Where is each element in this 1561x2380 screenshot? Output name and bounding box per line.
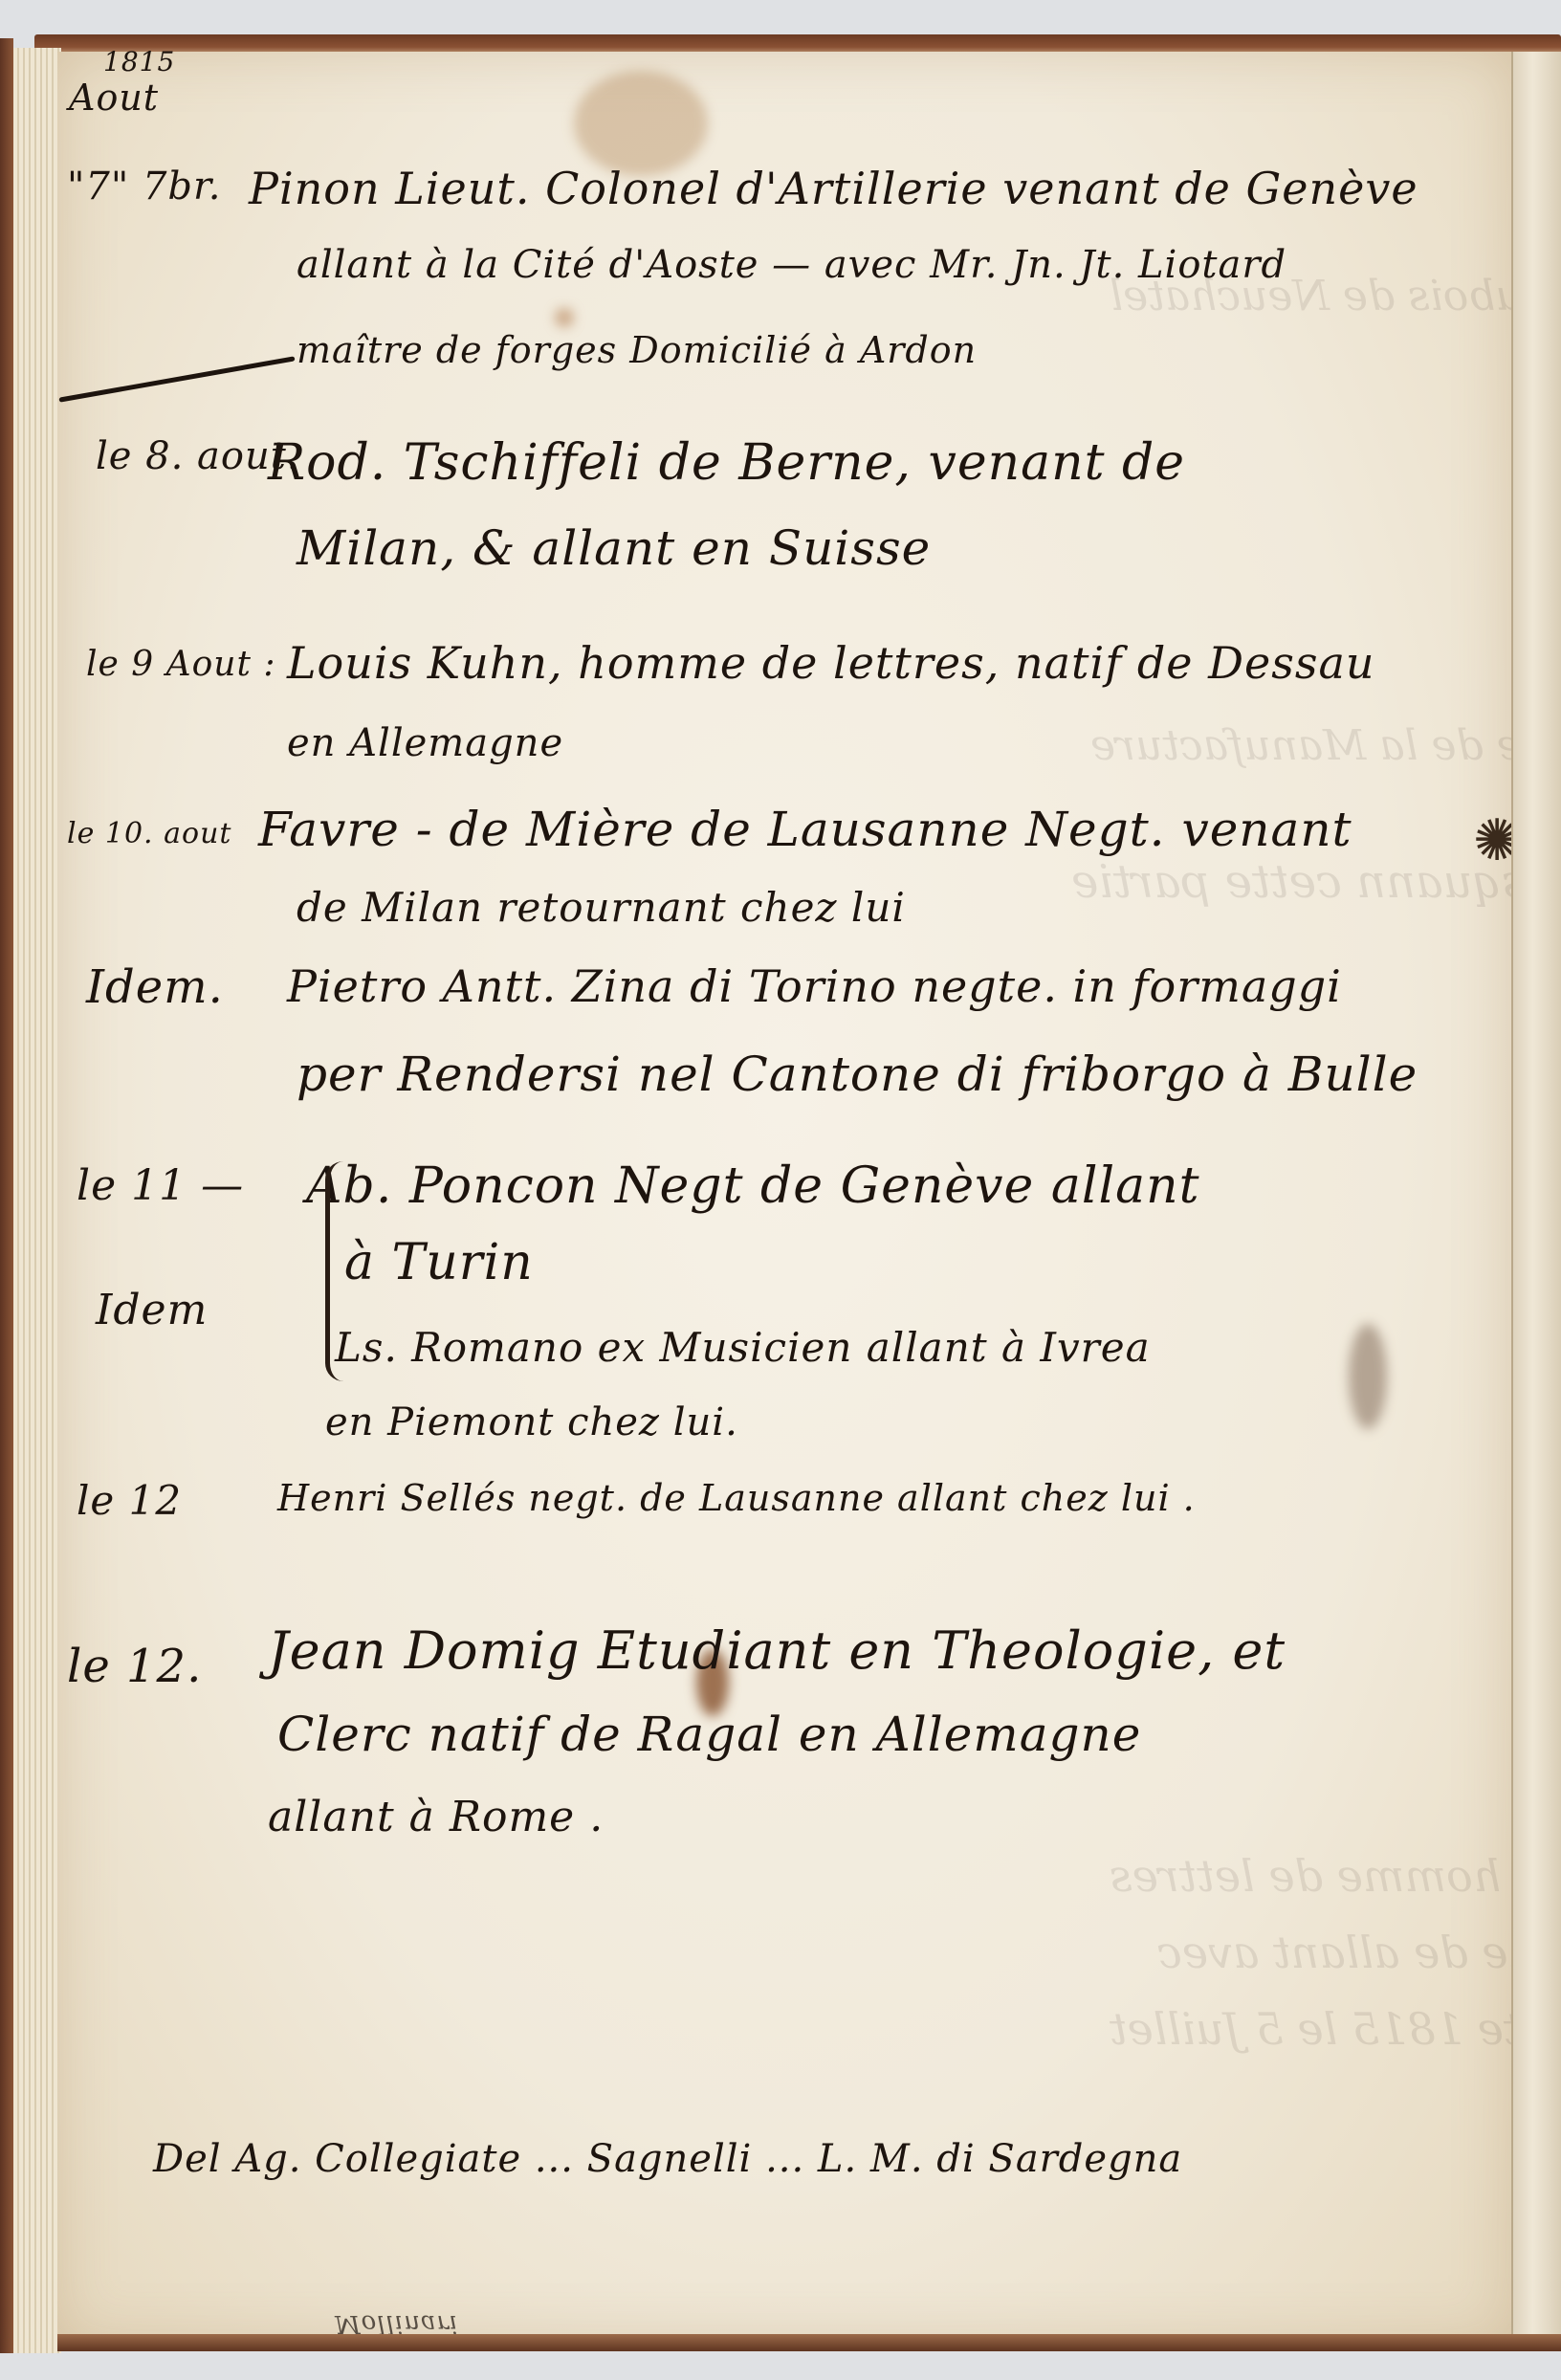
- page-stack-edges: [13, 48, 61, 2353]
- entry-line: Rod. Tschiffeli de Berne, venant de: [268, 434, 1185, 492]
- entry-line: Milan, & allant en Suisse: [297, 520, 931, 576]
- book-cover-bottom-edge: [57, 2334, 1561, 2351]
- entry-line: allant à la Cité d'Aoste — avec Mr. Jn. …: [297, 243, 1286, 287]
- bleed-through-text: Commis Peintre de la Manufacture: [1090, 721, 1561, 770]
- water-stain-top: [574, 71, 708, 176]
- bleed-through-text: le Cap, Gouverne de allant avec: [1157, 1927, 1561, 1978]
- entry-line: Jean Domig Etudiant en Theologie, et: [268, 1620, 1286, 1681]
- entry-date: le 11 —: [77, 1161, 244, 1210]
- entry-line: de Milan retournant chez lui: [297, 884, 906, 931]
- footer-signature: Del Ag. Collegiate ... Sagnelli ... L. M…: [153, 2137, 1182, 2181]
- entry-line: Pinon Lieut. Colonel d'Artillerie venant…: [249, 163, 1418, 214]
- entry-line: Favre - de Mière de Lausanne Negt. venan…: [258, 802, 1352, 857]
- entry-date: le 12: [77, 1477, 182, 1524]
- entry-line: Ab. Poncon Negt de Genève allant: [306, 1157, 1200, 1215]
- entry-line: Henri Sellés negt. de Lausanne allant ch…: [277, 1477, 1196, 1519]
- year-heading: 1815: [103, 46, 175, 77]
- entry-date: Idem: [96, 1286, 208, 1334]
- entry-date: le 9 Aout :: [86, 645, 276, 684]
- facing-page-edge: [1511, 52, 1561, 2344]
- entry-line: allant à Rome .: [268, 1793, 604, 1841]
- entry-line: Ls. Romano ex Musicien allant à Ivrea: [335, 1324, 1151, 1371]
- book-spine: [0, 38, 13, 2353]
- entry-line: en Allemagne: [287, 721, 563, 765]
- entry-line: Clerc natif de Ragal en Allemagne: [277, 1707, 1141, 1762]
- ink-smear: [1349, 1324, 1387, 1429]
- entry-line: Louis Kuhn, homme de lettres, natif de D…: [287, 637, 1375, 689]
- month-heading: Aout: [69, 77, 159, 119]
- entry-line: maître de forges Domicilié à Ardon: [297, 329, 977, 371]
- bleed-through-text: premier ete 1815 le 5 Juillet: [1110, 2003, 1561, 2055]
- manuscript-page: Parisse Dubois de Neuchatel Commis Peint…: [57, 52, 1511, 2344]
- entry-date: Idem.: [86, 960, 224, 1014]
- entry-date: le 12.: [67, 1640, 202, 1693]
- flourish-underline: [58, 356, 295, 402]
- entry-line: à Turin: [344, 1234, 534, 1291]
- bleed-through-text: Jean Lebrun Bourgeois homme de lettres: [1110, 1850, 1561, 1902]
- entry-line: per Rendersi nel Cantone di friborgo à B…: [297, 1047, 1418, 1102]
- entry-date: "7" 7br.: [67, 165, 221, 209]
- small-stain: [555, 308, 574, 327]
- entry-date: le 10. aout: [67, 817, 231, 850]
- entry-line: Pietro Antt. Zina di Torino negte. in fo…: [287, 960, 1342, 1012]
- entry-line: en Piemont chez lui.: [325, 1400, 738, 1444]
